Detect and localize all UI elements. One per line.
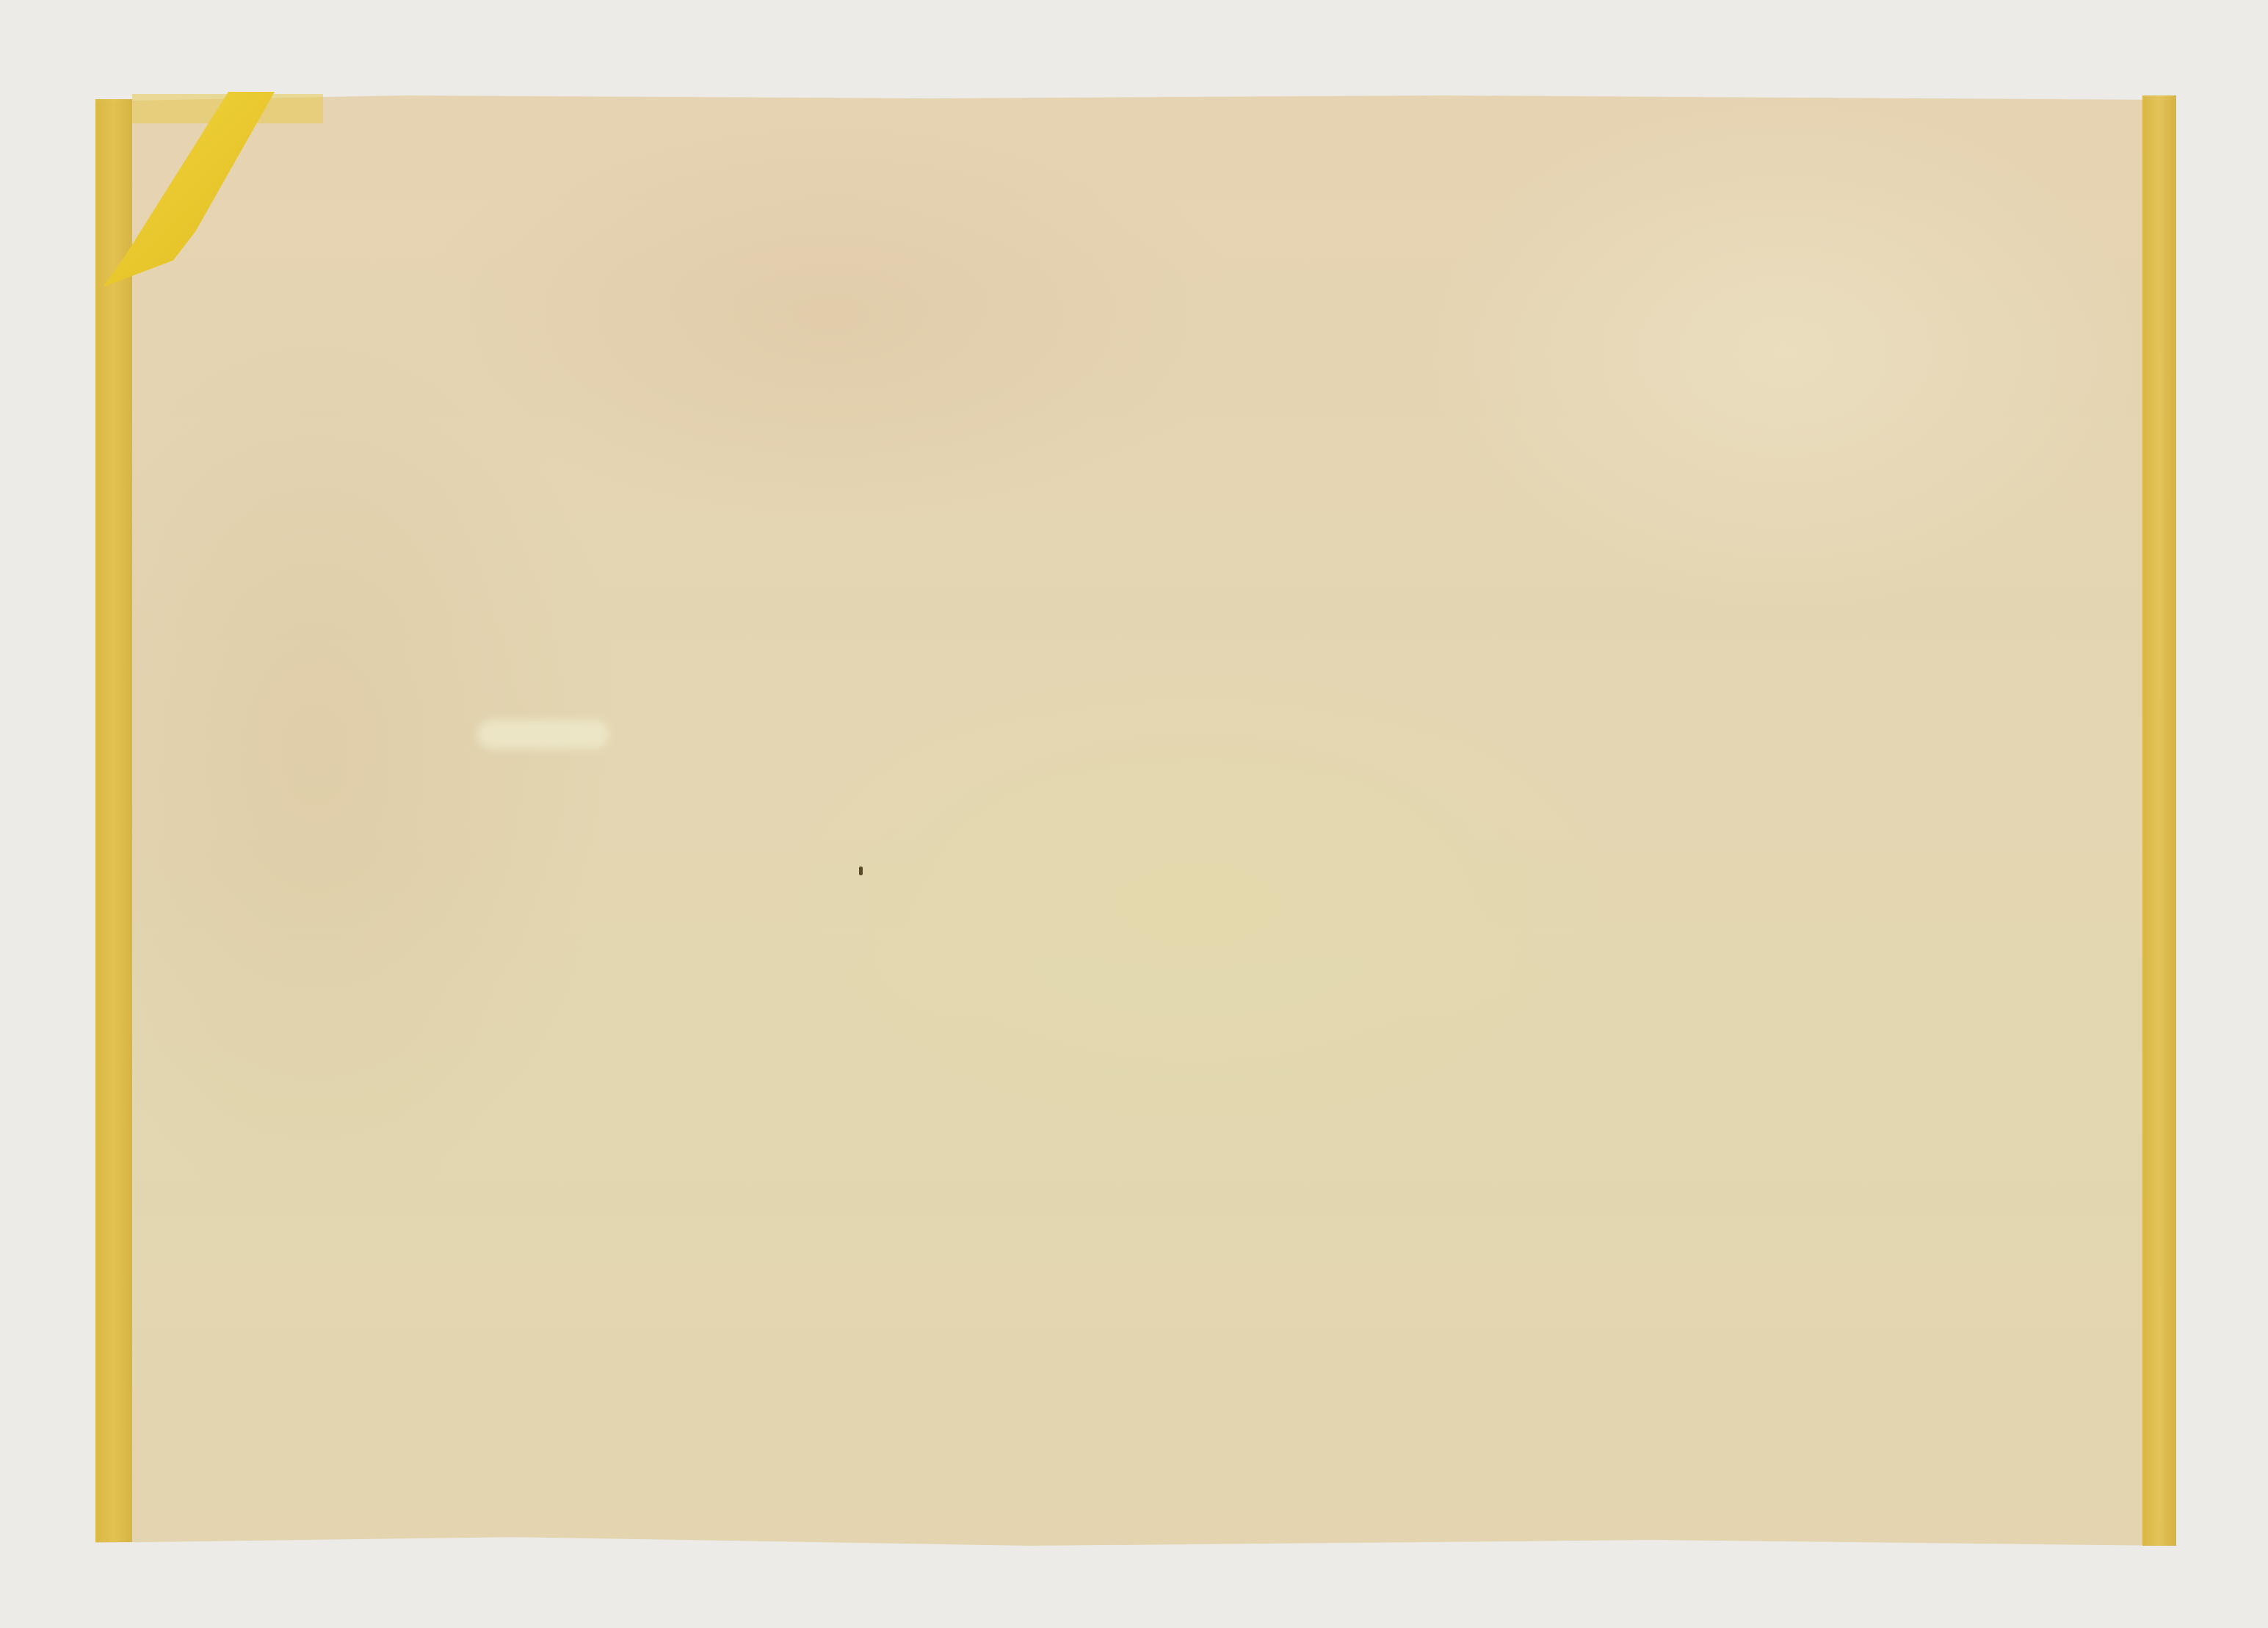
water-stain (477, 720, 609, 749)
paper-sheet (95, 95, 2173, 1546)
tape-strip-left (95, 99, 132, 1542)
paper-speck (859, 867, 863, 875)
tape-strip-right (2142, 95, 2176, 1546)
